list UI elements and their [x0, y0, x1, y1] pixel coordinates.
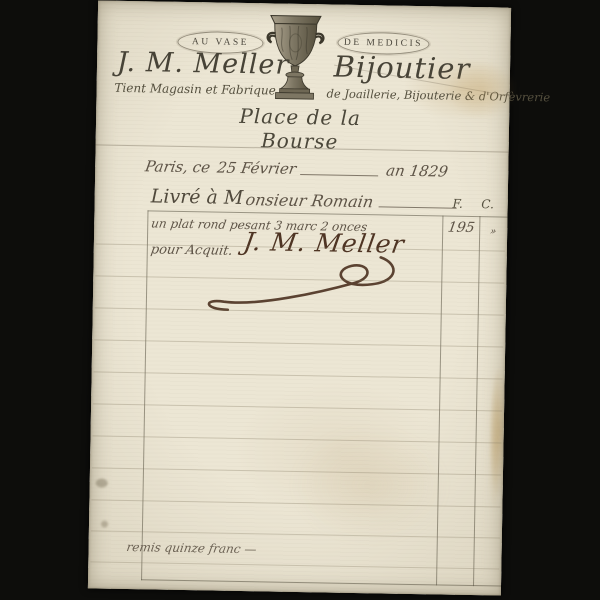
speck-bottom-left [96, 478, 108, 487]
tagline-left: Tient Magasin et Fabrique [103, 81, 288, 98]
date-prefix: Paris, ce [144, 157, 212, 176]
ruled-line [91, 530, 500, 538]
centimes-column-header: C. [477, 197, 499, 211]
item-centimes: » [480, 226, 506, 237]
paper: AU VASE DE MEDICIS [88, 0, 511, 595]
date-rule [300, 173, 378, 176]
date-line: Paris, ce 25 Février an 1829 [145, 157, 447, 180]
item-francs: 195 [442, 220, 481, 237]
date-year: an 1829 [384, 162, 448, 181]
item-row: un plat rond pesant 3 marc 2 onces 195 » [98, 0, 511, 7]
delivered-line: Livré à M onsieur Romain [151, 185, 458, 212]
speck-bottom-left-2 [101, 521, 108, 528]
stain-right-edge [487, 362, 504, 512]
delivered-rule [379, 205, 457, 208]
table-centimes-border [473, 216, 480, 586]
footnote: remis quinze franc — [126, 540, 258, 556]
photo-background: AU VASE DE MEDICIS [0, 0, 600, 600]
ruled-line [90, 561, 499, 569]
francs-column-header: F. [447, 197, 469, 211]
ruled-line [93, 403, 502, 411]
ruled-line [93, 435, 502, 443]
delivered-printed: Livré à M [151, 185, 244, 209]
stain-bottom-center [289, 424, 451, 547]
stain-top-right [446, 59, 517, 122]
shop-sign-right-label: DE MEDICIS [344, 38, 423, 49]
ruled-line [94, 339, 503, 347]
ruled-line [94, 371, 503, 379]
date-handwritten: 25 Février [216, 159, 298, 178]
table-left-border [141, 210, 148, 580]
shop-sign-left-label: AU VASE [192, 37, 249, 48]
table-bottom-line [141, 579, 501, 586]
table-francs-border [436, 215, 443, 585]
proprietor-name: J. M. Meller [113, 47, 294, 81]
delivered-handwritten: onsieur Romain [244, 190, 375, 211]
